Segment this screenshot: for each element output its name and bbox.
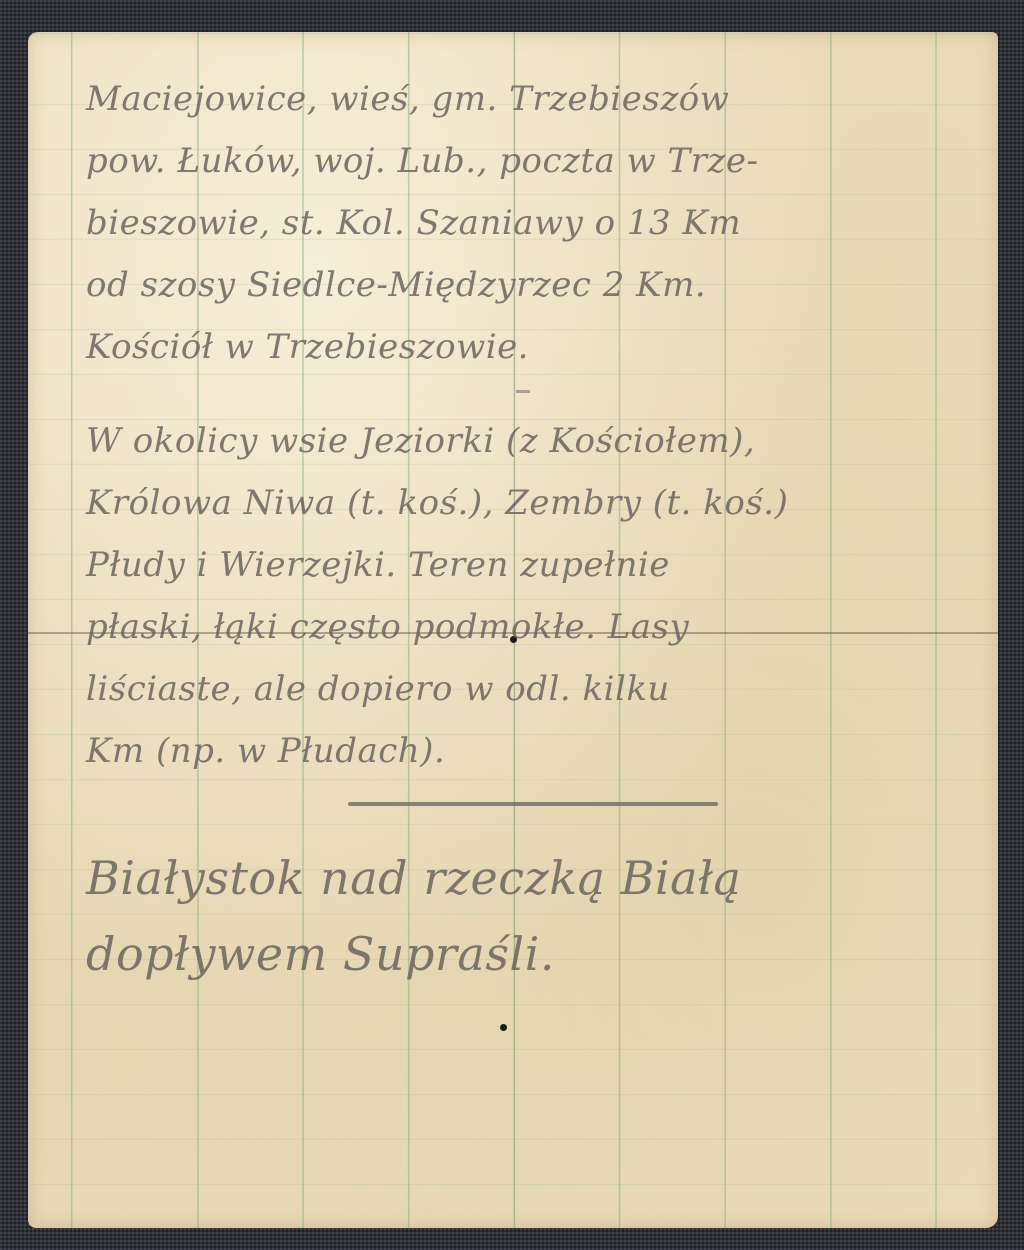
pencil-divider-line [348, 802, 718, 806]
text-line: płaski, łąki często podmokłe. Lasy [86, 596, 978, 658]
text-line: od szosy Siedlce-Międzyrzec 2 Km. [86, 254, 978, 316]
pin-hole [500, 1024, 507, 1031]
paragraph-surroundings: W okolicy wsie Jeziorki (z Kościołem), K… [86, 410, 978, 782]
text-line: Km (np. w Płudach). [86, 720, 978, 782]
text-line: Płudy i Wierzejki. Teren zupełnie [86, 534, 978, 596]
text-line: pow. Łuków, woj. Lub., poczta w Trze- [86, 130, 978, 192]
note-paper: Maciejowice, wieś, gm. Trzebieszów pow. … [28, 32, 998, 1228]
text-line: Maciejowice, wieś, gm. Trzebieszów [86, 68, 978, 130]
text-line: Białystok nad rzeczką Białą [86, 840, 978, 916]
text-line: Kościół w Trzebieszowie. [86, 316, 978, 378]
section-mark [516, 390, 530, 393]
text-line: dopływem Supraśli. [86, 916, 978, 992]
text-line: Królowa Niwa (t. koś.), Zembry (t. koś.) [86, 472, 978, 534]
text-line: liściaste, ale dopiero w odl. kilku [86, 658, 978, 720]
text-line: bieszowie, st. Kol. Szaniawy o 13 Km [86, 192, 978, 254]
paragraph-location: Maciejowice, wieś, gm. Trzebieszów pow. … [86, 68, 978, 378]
paragraph-bialystok: Białystok nad rzeczką Białą dopływem Sup… [86, 840, 978, 992]
text-line: W okolicy wsie Jeziorki (z Kościołem), [86, 410, 978, 472]
